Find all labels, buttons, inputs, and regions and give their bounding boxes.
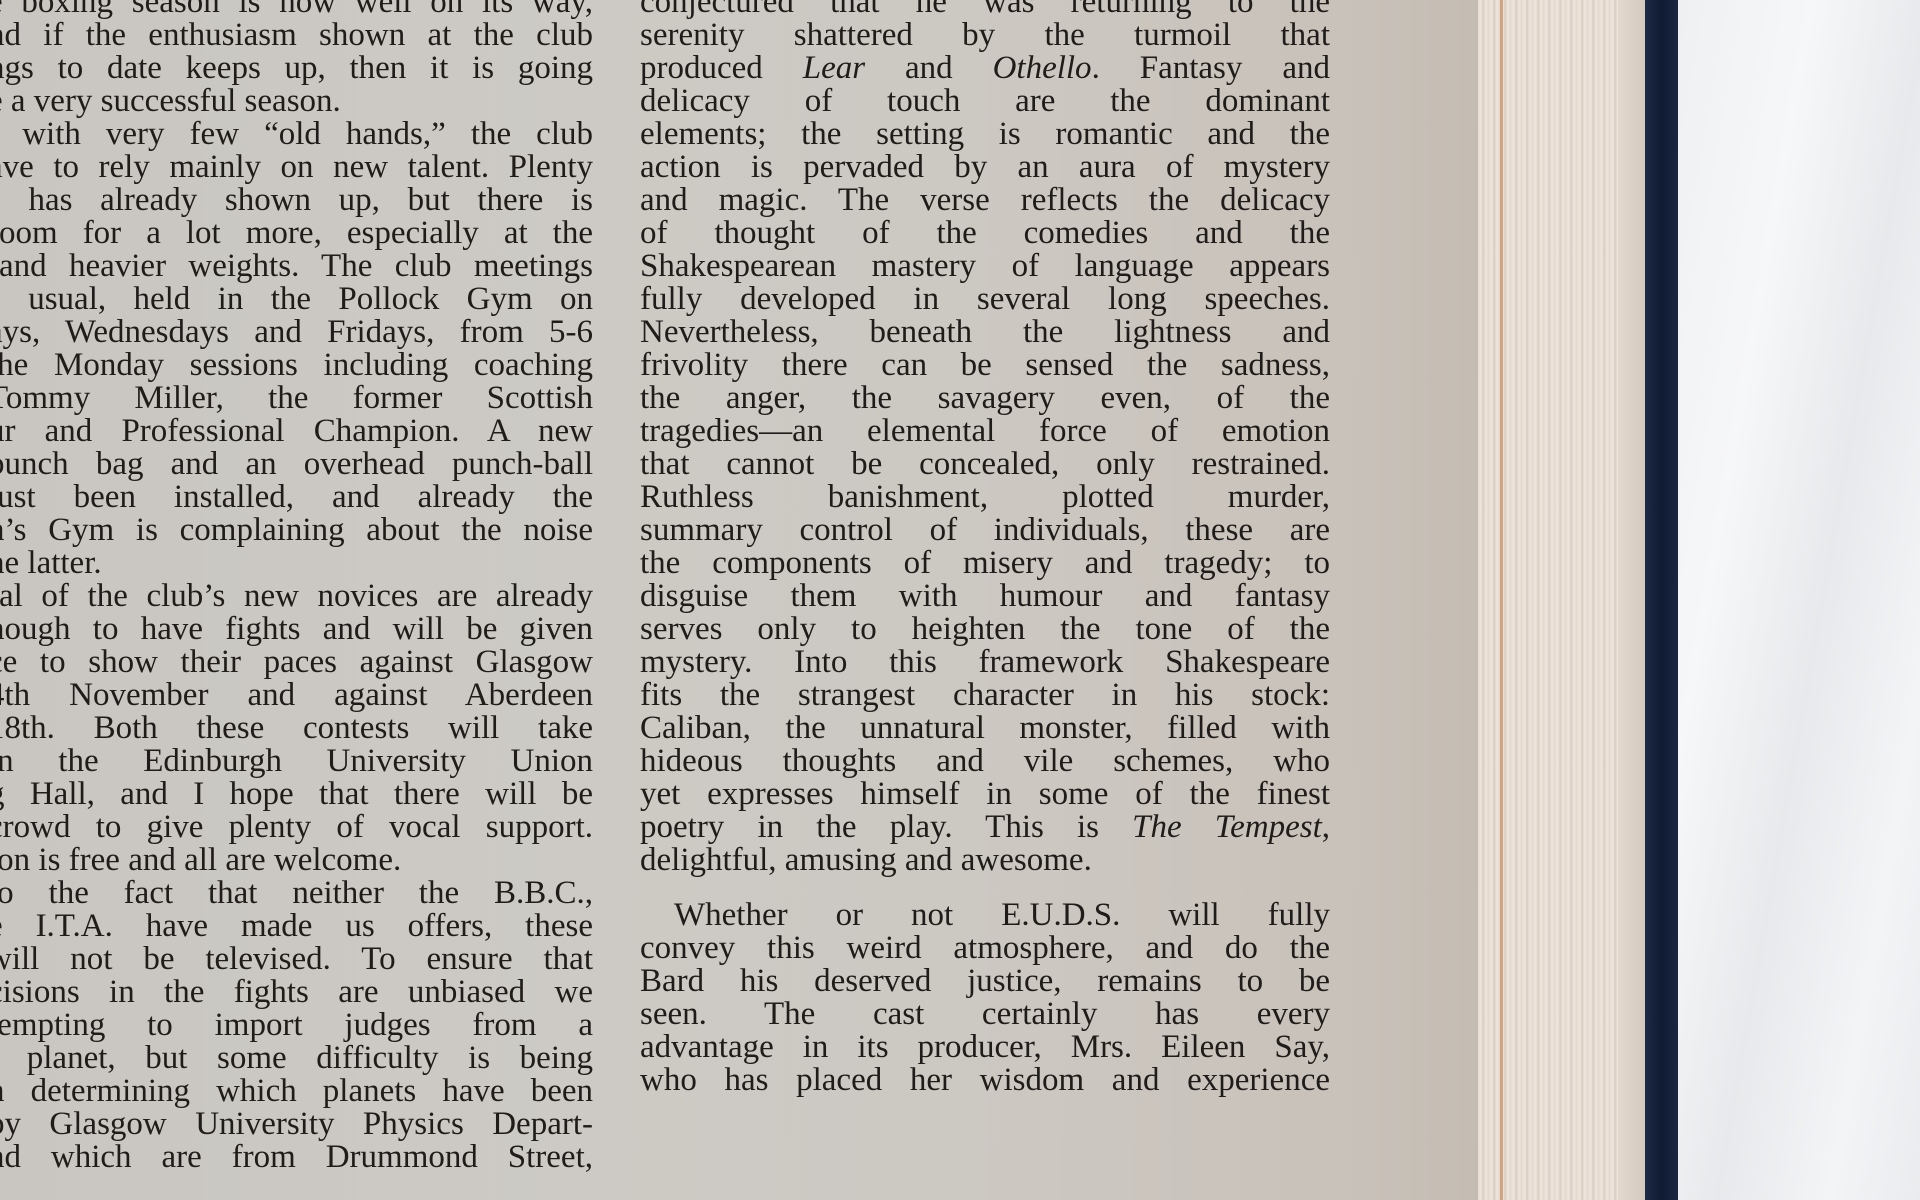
text-line: produced Lear and Othello. Fantasy and (640, 52, 1330, 85)
text-line: that cannot be concealed, only restraine… (640, 448, 1330, 481)
text-line: g Hall, and I hope that there will be (0, 778, 593, 811)
right-column-tempest-review: conjectured that he was returning to the… (640, 0, 1330, 1097)
text-line: and magic. The verse reflects the delica… (640, 184, 1330, 217)
text-line: convey this weird atmosphere, and do the (640, 932, 1330, 965)
text-line: nd which are from Drummond Street, (0, 1141, 593, 1174)
text-line: serves only to heighten the tone of the (640, 613, 1330, 646)
text-line: e a very successful season. (0, 85, 593, 118)
text-line: ral of the club’s new novices are alread… (0, 580, 593, 613)
text-line: nd if the enthusiasm shown at the club (0, 19, 593, 52)
left-column-boxing-article: e boxing season is now well on its way,n… (0, 0, 593, 1174)
text-line: elements; the setting is romantic and th… (640, 118, 1330, 151)
text-line: crowd to give plenty of vocal support. (0, 811, 593, 844)
text-line: t planet, but some difficulty is being (0, 1042, 593, 1075)
text-line: poetry in the play. This is The Tempest, (640, 811, 1330, 844)
text-line: ion is free and all are welcome. (0, 844, 593, 877)
text-line: he latter. (0, 547, 593, 580)
text-line: Whether or not E.U.D.S. will fully (640, 899, 1330, 932)
text-line: Nevertheless, beneath the lightness and (640, 316, 1330, 349)
italic-title: Lear (803, 50, 865, 86)
text-line: room for a lot more, especially at the (0, 217, 593, 250)
text-line: of thought of the comedies and the (640, 217, 1330, 250)
text-line: will not be televised. To ensure that (0, 943, 593, 976)
italic-title: The Tempest (1132, 809, 1322, 845)
page-edge-stain (1500, 0, 1503, 1200)
text-line: Caliban, the unnatural monster, filled w… (640, 712, 1330, 745)
text-line: the Monday sessions including coaching (0, 349, 593, 382)
text-line: by Glasgow University Physics Depart- (0, 1108, 593, 1141)
text-line: -and heavier weights. The club meetings (0, 250, 593, 283)
text-line: disguise them with humour and fantasy (640, 580, 1330, 613)
text-line: ays, Wednesdays and Fridays, from 5-6 (0, 316, 593, 349)
text-line: summary control of individuals, these ar… (640, 514, 1330, 547)
text-line: just been installed, and already the (0, 481, 593, 514)
paragraph-gap (640, 877, 1330, 899)
text-line: delightful, amusing and awesome. (640, 844, 1330, 877)
page-edge-shade (1618, 0, 1648, 1200)
text-line: in the Edinburgh University Union (0, 745, 593, 778)
text-line: punch bag and an overhead punch-ball (0, 448, 593, 481)
text-line: 18th. Both these contests will take (0, 712, 593, 745)
text-line: advantage in its producer, Mrs. Eileen S… (640, 1031, 1330, 1064)
text-line: ce to show their paces against Glasgow (0, 646, 593, 679)
text-line: Ruthless banishment, plotted murder, (640, 481, 1330, 514)
text-line: the components of misery and tragedy; to (640, 547, 1330, 580)
text-line: n’s Gym is complaining about the noise (0, 514, 593, 547)
text-line: seen. The cast certainly has every (640, 998, 1330, 1031)
text-line: fully developed in several long speeches… (640, 283, 1330, 316)
text-line: fits the strangest character in his stoc… (640, 679, 1330, 712)
text-line: to the fact that neither the B.B.C., (0, 877, 593, 910)
text-line: mystery. Into this framework Shakespeare (640, 646, 1330, 679)
page-edges (1478, 0, 1648, 1200)
text-line: s has already shown up, but there is (0, 184, 593, 217)
text-line: ngs to date keeps up, then it is going (0, 52, 593, 85)
text-line: frivolity there can be sensed the sadnes… (640, 349, 1330, 382)
text-line: hideous thoughts and vile schemes, who (640, 745, 1330, 778)
italic-title: Othello (993, 50, 1092, 86)
text-line: s usual, held in the Pollock Gym on (0, 283, 593, 316)
text-line: tempting to import judges from a (0, 1009, 593, 1042)
text-line: nough to have fights and will be given (0, 613, 593, 646)
text-line: n determining which planets have been (0, 1075, 593, 1108)
text-line: serenity shattered by the turmoil that (640, 19, 1330, 52)
text-line: Shakespearean mastery of language appear… (640, 250, 1330, 283)
text-line: ave to rely mainly on new talent. Plenty (0, 151, 593, 184)
text-line: ur and Professional Champion. A new (0, 415, 593, 448)
text-line: Tommy Miller, the former Scottish (0, 382, 593, 415)
text-line: delicacy of touch are the dominant (640, 85, 1330, 118)
text-line: 4th November and against Aberdeen (0, 679, 593, 712)
text-line: e I.T.A. have made us offers, these (0, 910, 593, 943)
book-page: e boxing season is now well on its way,n… (0, 0, 1490, 1200)
text-line: t with very few “old hands,” the club (0, 118, 593, 151)
text-line: yet expresses himself in some of the fin… (640, 778, 1330, 811)
text-line: action is pervaded by an aura of mystery (640, 151, 1330, 184)
text-line: cisions in the fights are unbiased we (0, 976, 593, 1009)
book-cover-navy (1645, 0, 1678, 1200)
text-line: Bard his deserved justice, remains to be (640, 965, 1330, 998)
background-cloth (1678, 0, 1920, 1200)
text-line: who has placed her wisdom and experience (640, 1064, 1330, 1097)
text-line: the anger, the savagery even, of the (640, 382, 1330, 415)
text-line: tragedies—an elemental force of emotion (640, 415, 1330, 448)
